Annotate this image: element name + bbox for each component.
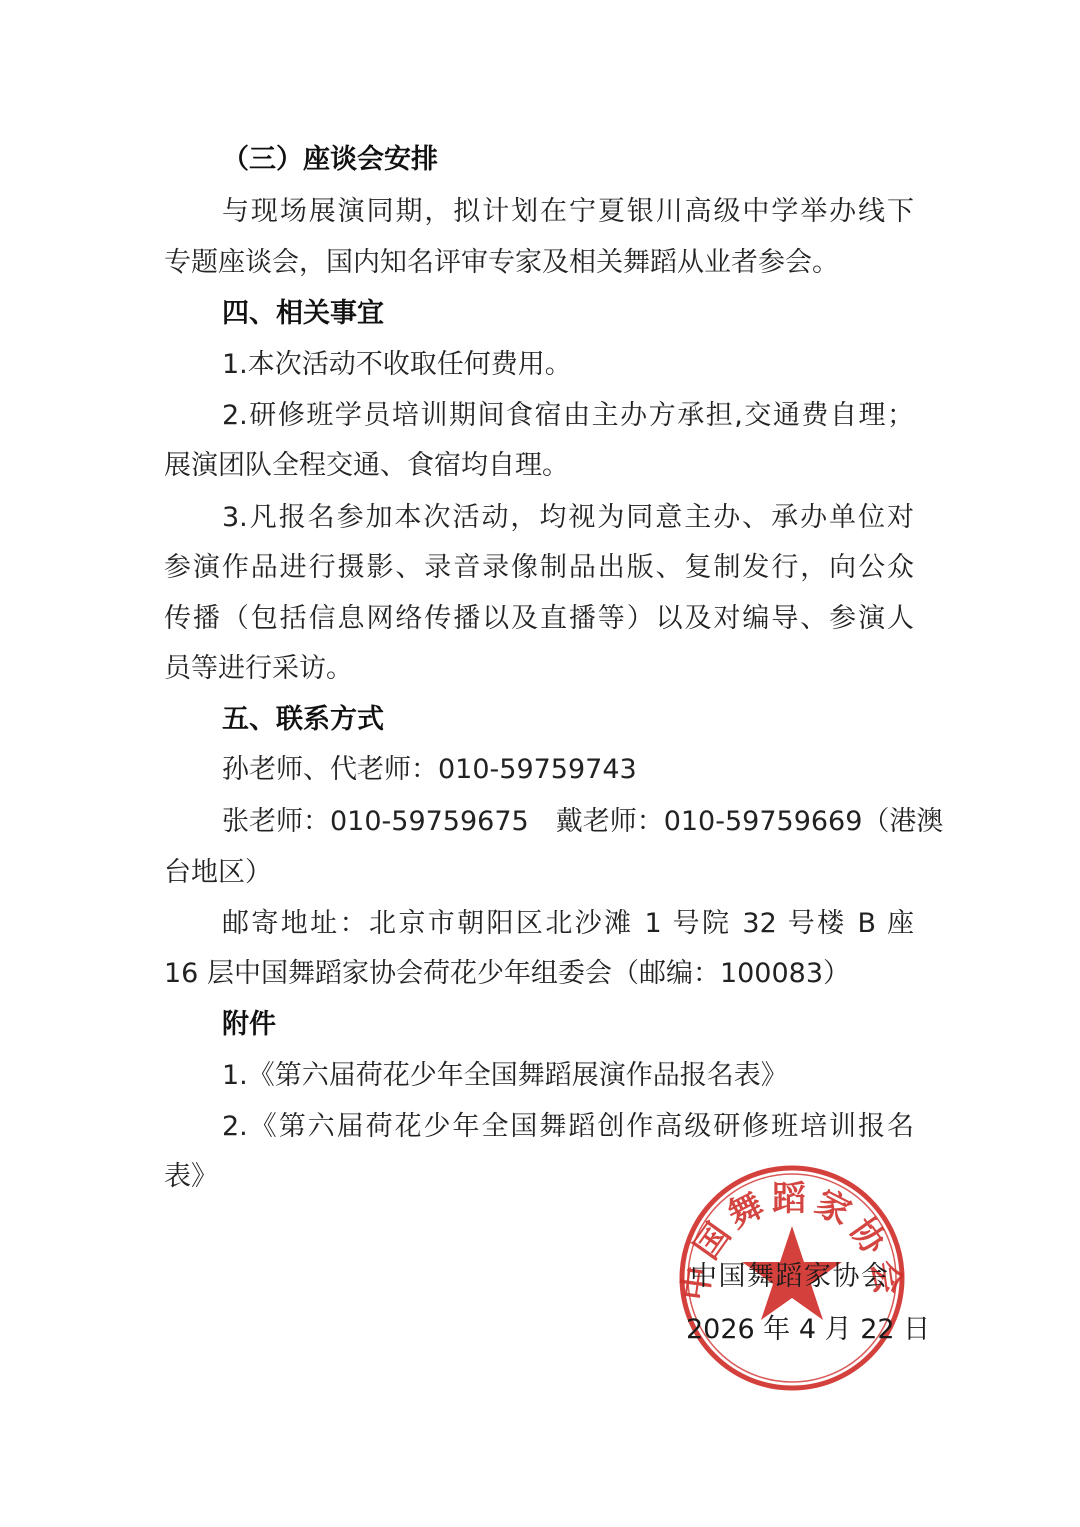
section-heading-contact: 五、联系方式 — [222, 703, 914, 737]
paragraph-line: 传播（包括信息网络传播以及直播等）以及对编导、参演人 — [164, 602, 914, 636]
paragraph-line: 3.凡报名参加本次活动，均视为同意主办、承办单位对 — [222, 501, 914, 535]
section-heading-related-matters: 四、相关事宜 — [222, 297, 914, 331]
address-line: 16 层中国舞蹈家协会荷花少年组委会（邮编：100083） — [164, 957, 914, 991]
signature-organization: 中国舞蹈家协会 — [690, 1260, 888, 1294]
attachment-item: 1.《第六届荷花少年全国舞蹈展演作品报名表》 — [222, 1059, 914, 1093]
paragraph-line: 2.研修班学员培训期间食宿由主办方承担,交通费自理； — [222, 399, 914, 433]
contact-line: 孙老师、代老师：010-59759743 — [222, 753, 914, 787]
address-line: 邮寄地址：北京市朝阳区北沙滩 1 号院 32 号楼 B 座 — [222, 907, 914, 941]
contact-line: 台地区） — [164, 856, 914, 890]
paragraph-line: 参演作品进行摄影、录音录像制品出版、复制发行，向公众 — [164, 551, 914, 585]
section-heading-forum: （三）座谈会安排 — [222, 143, 914, 177]
document-page: （三）座谈会安排 与现场展演同期，拟计划在宁夏银川高级中学举办线下 专题座谈会，… — [0, 0, 1080, 1527]
paragraph-line: 展演团队全程交通、食宿均自理。 — [164, 449, 914, 483]
paragraph-line: 1.本次活动不收取任何费用。 — [222, 348, 914, 382]
section-heading-attachments: 附件 — [222, 1008, 914, 1042]
signature-date: 2026 年 4 月 22 日 — [686, 1313, 906, 1347]
paragraph-line: 与现场展演同期，拟计划在宁夏银川高级中学举办线下 — [222, 195, 914, 229]
paragraph-line: 员等进行采访。 — [164, 652, 914, 686]
paragraph-line: 专题座谈会，国内知名评审专家及相关舞蹈从业者参会。 — [164, 246, 914, 280]
contact-line: 张老师：010-59759675 戴老师：010-59759669（港澳 — [222, 805, 914, 839]
attachment-item: 2.《第六届荷花少年全国舞蹈创作高级研修班培训报名 — [222, 1110, 914, 1144]
